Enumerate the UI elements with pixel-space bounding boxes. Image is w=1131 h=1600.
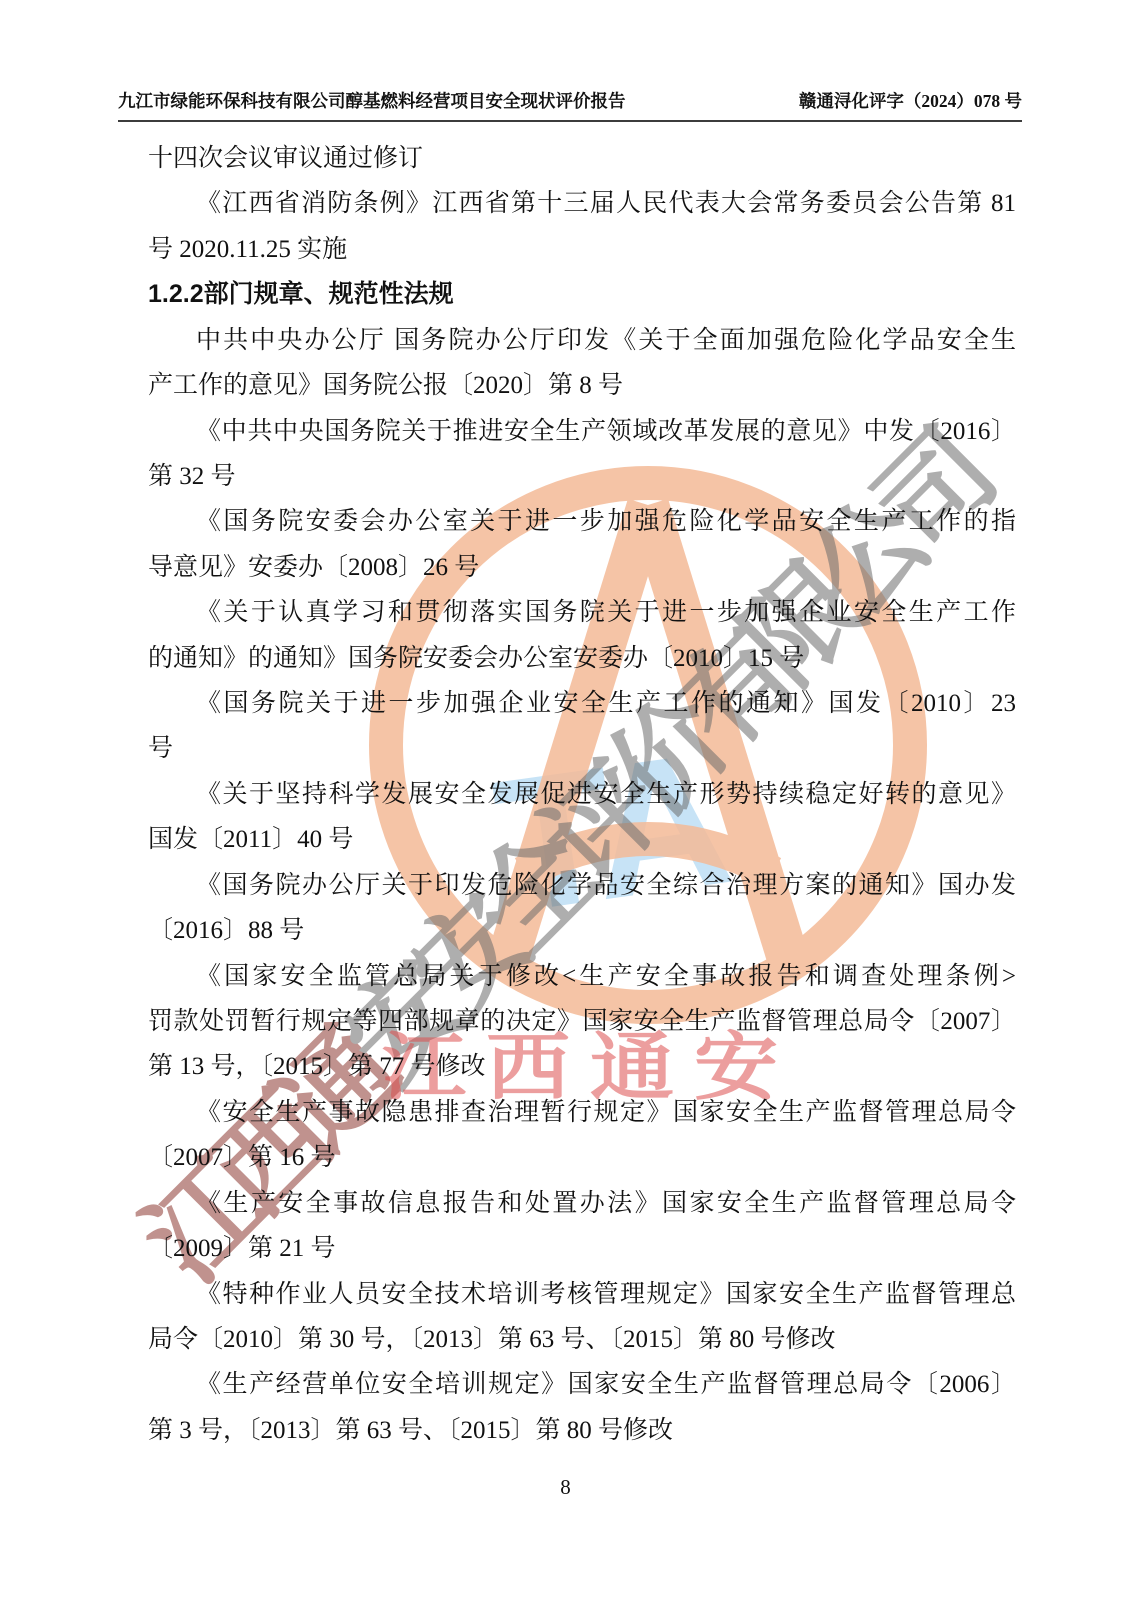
header-left-title: 九江市绿能环保科技有限公司醇基燃料经营项目安全现状评价报告 (118, 88, 626, 113)
body-line: 号 2020.11.25 实施 (148, 227, 1016, 272)
body-text: 十四次会议审议通过修订《江西省消防条例》江西省第十三届人民代表大会常务委员会公告… (148, 136, 1016, 1453)
body-line: 〔2007〕第 16 号 (148, 1135, 1016, 1180)
body-line: 《国务院办公厅关于印发危险化学品安全综合治理方案的通知》国办发 (148, 863, 1016, 908)
body-line: 《生产安全事故信息报告和处置办法》国家安全生产监督管理总局令 (148, 1181, 1016, 1226)
body-line: 〔2016〕88 号 (148, 908, 1016, 953)
section-heading: 1.2.2部门规章、规范性法规 (148, 272, 1016, 317)
body-line: 《国家安全监管总局关于修改<生产安全事故报告和调查处理条例> (148, 954, 1016, 999)
body-line: 《安全生产事故隐患排查治理暂行规定》国家安全生产监督管理总局令 (148, 1090, 1016, 1135)
body-line: 第 32 号 (148, 454, 1016, 499)
body-line: 第 3 号，〔2013〕第 63 号、〔2015〕第 80 号修改 (148, 1408, 1016, 1453)
body-line: 《特种作业人员安全技术培训考核管理规定》国家安全生产监督管理总 (148, 1272, 1016, 1317)
body-line: 第 13 号，〔2015〕第 77 号修改 (148, 1044, 1016, 1089)
body-line: 罚款处罚暂行规定等四部规章的决定》国家安全生产监督管理总局令〔2007〕 (148, 999, 1016, 1044)
body-line: 导意见》安委办〔2008〕26 号 (148, 545, 1016, 590)
body-line: 十四次会议审议通过修订 (148, 136, 1016, 181)
page-number: 8 (0, 1475, 1131, 1500)
body-line: 《国务院安委会办公室关于进一步加强危险化学品安全生产工作的指 (148, 499, 1016, 544)
body-line: 中共中央办公厅 国务院办公厅印发《关于全面加强危险化学品安全生 (148, 318, 1016, 363)
body-line: 《中共中央国务院关于推进安全生产领域改革发展的意见》中发〔2016〕 (148, 409, 1016, 454)
body-line: 《生产经营单位安全培训规定》国家安全生产监督管理总局令〔2006〕 (148, 1362, 1016, 1407)
body-line: 国发〔2011〕40 号 (148, 817, 1016, 862)
document-page: TA 江西通安安全评价有限公司 江西通安 九江市绿能环保科技有限公司醇基燃料经营… (0, 0, 1131, 1600)
body-line: 《关于认真学习和贯彻落实国务院关于进一步加强企业安全生产工作 (148, 590, 1016, 635)
body-line: 局令〔2010〕第 30 号，〔2013〕第 63 号、〔2015〕第 80 号… (148, 1317, 1016, 1362)
body-line: 产工作的意见》国务院公报〔2020〕第 8 号 (148, 363, 1016, 408)
body-line: 《江西省消防条例》江西省第十三届人民代表大会常务委员会公告第 81 (148, 181, 1016, 226)
body-line: 《国务院关于进一步加强企业安全生产工作的通知》国发〔2010〕23 (148, 681, 1016, 726)
header-right-doc-number: 赣通浔化评字（2024）078 号 (799, 88, 1022, 113)
body-line: 《关于坚持科学发展安全发展促进安全生产形势持续稳定好转的意见》 (148, 772, 1016, 817)
page-header: 九江市绿能环保科技有限公司醇基燃料经营项目安全现状评价报告 赣通浔化评字（202… (118, 88, 1022, 122)
body-line: 号 (148, 726, 1016, 771)
body-line: 的通知》的通知》国务院安委会办公室安委办〔2010〕15 号 (148, 636, 1016, 681)
body-line: 〔2009〕第 21 号 (148, 1226, 1016, 1271)
